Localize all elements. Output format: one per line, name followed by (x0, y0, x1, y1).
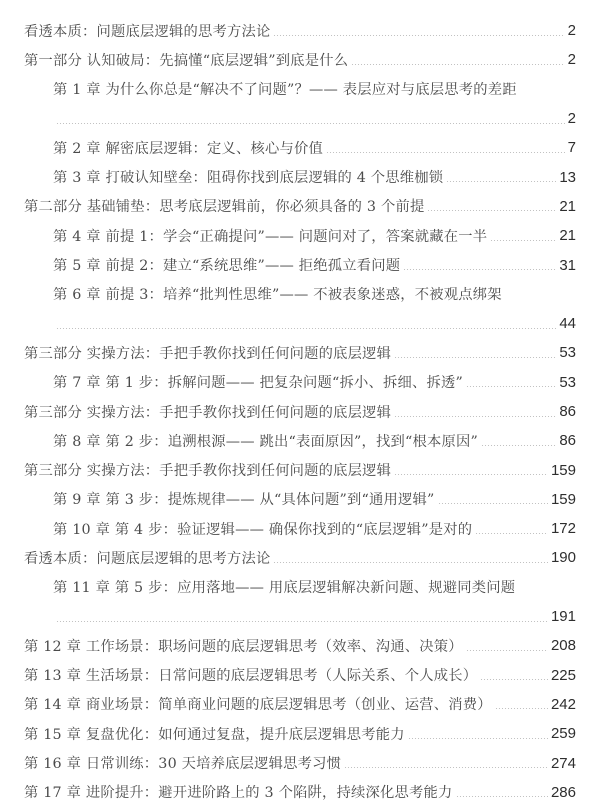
dot-leader (466, 650, 548, 651)
dot-leader (456, 796, 548, 797)
toc-entry-page: 21 (559, 227, 576, 244)
toc-entry-page: 191 (551, 608, 576, 625)
toc-entry[interactable]: 第二部分 基础铺垫：思考底层逻辑前，你必须具备的 3 个前提21 (0, 192, 603, 221)
toc-entry[interactable]: 第 15 章 复盘优化：如何通过复盘，提升底层逻辑思考能力259 (0, 719, 603, 748)
toc-entry-page: 31 (559, 257, 576, 274)
toc-entry-title: 第 11 章 第 5 步：应用落地—— 用底层逻辑解决新问题、规避同类问题 (53, 577, 515, 597)
toc-entry-title: 第 2 章 解密底层逻辑：定义、核心与价值 (53, 138, 323, 158)
toc-entry-page: 2 (568, 22, 576, 39)
toc-entry-page: 2 (568, 51, 576, 68)
toc-entry-page: 190 (551, 549, 576, 566)
toc-entry[interactable]: 第一部分 认知破局：先搞懂“底层逻辑”到底是什么2 (0, 45, 603, 74)
toc-entry-page: 7 (568, 139, 576, 156)
toc-entry[interactable]: 第三部分 实操方法：手把手教你找到任何问题的底层逻辑159 (0, 455, 603, 484)
toc-entry-title: 第 14 章 商业场景：简单商业问题的底层逻辑思考（创业、运营、消费） (24, 694, 492, 714)
toc-entry-title: 第三部分 实操方法：手把手教你找到任何问题的底层逻辑 (24, 343, 391, 363)
dot-leader (475, 533, 548, 534)
toc-entry-title: 第二部分 基础铺垫：思考底层逻辑前，你必须具备的 3 个前提 (24, 196, 424, 216)
toc-entry-title: 第一部分 认知破局：先搞懂“底层逻辑”到底是什么 (24, 50, 348, 70)
toc-entry-page: 274 (551, 755, 576, 772)
toc-entry-continuation[interactable]: 191 (0, 602, 603, 631)
toc-entry-title: 第 12 章 工作场景：职场问题的底层逻辑思考（效率、沟通、决策） (24, 636, 463, 656)
toc-entry-title: 看透本质：问题底层逻辑的思考方法论 (24, 548, 270, 568)
toc-entry[interactable]: 第 4 章 前提 1：学会“正确提问”—— 问题问对了，答案就藏在一半21 (0, 221, 603, 250)
toc-entry-page: 53 (559, 344, 576, 361)
toc-entry-title: 第 15 章 复盘优化：如何通过复盘，提升底层逻辑思考能力 (24, 724, 405, 744)
dot-leader (351, 64, 564, 65)
toc-entry-title: 第 7 章 第 1 步：拆解问题—— 把复杂问题“拆小、拆细、拆透” (53, 372, 463, 392)
table-of-contents: 看透本质：问题底层逻辑的思考方法论2 第一部分 认知破局：先搞懂“底层逻辑”到底… (0, 16, 603, 807)
toc-entry-title: 看透本质：问题底层逻辑的思考方法论 (24, 21, 270, 41)
toc-entry-title: 第 8 章 第 2 步：追溯根源—— 跳出“表面原因”，找到“根本原因” (53, 431, 478, 451)
toc-entry[interactable]: 第 12 章 工作场景：职场问题的底层逻辑思考（效率、沟通、决策）208 (0, 631, 603, 660)
toc-entry[interactable]: 第 8 章 第 2 步：追溯根源—— 跳出“表面原因”，找到“根本原因”86 (0, 426, 603, 455)
toc-entry[interactable]: 看透本质：问题底层逻辑的思考方法论190 (0, 543, 603, 572)
dot-leader (481, 445, 556, 446)
toc-entry[interactable]: 看透本质：问题底层逻辑的思考方法论2 (0, 16, 603, 45)
toc-entry-title: 第 17 章 进阶提升：避开进阶路上的 3 个陷阱，持续深化思考能力 (24, 782, 453, 802)
dot-leader (408, 738, 548, 739)
toc-entry-page: 86 (559, 403, 576, 420)
dot-leader (466, 386, 556, 387)
dot-leader (394, 474, 548, 475)
dot-leader (56, 328, 556, 329)
toc-entry[interactable]: 第 7 章 第 1 步：拆解问题—— 把复杂问题“拆小、拆细、拆透”53 (0, 368, 603, 397)
dot-leader (326, 152, 565, 153)
toc-entry-page: 225 (551, 667, 576, 684)
dot-leader (56, 621, 548, 622)
toc-entry-title: 第 10 章 第 4 步：验证逻辑—— 确保你找到的“底层逻辑”是对的 (53, 519, 472, 539)
dot-leader (56, 123, 565, 124)
toc-entry[interactable]: 第 2 章 解密底层逻辑：定义、核心与价值7 (0, 133, 603, 162)
toc-entry-title: 第 16 章 日常训练：30 天培养底层逻辑思考习惯 (24, 753, 341, 773)
toc-entry-page: 172 (551, 520, 576, 537)
toc-entry-page: 21 (559, 198, 576, 215)
toc-entry[interactable]: 第三部分 实操方法：手把手教你找到任何问题的底层逻辑53 (0, 338, 603, 367)
toc-entry[interactable]: 第 5 章 前提 2：建立“系统思维”—— 拒绝孤立看问题31 (0, 250, 603, 279)
toc-entry-page: 208 (551, 637, 576, 654)
dot-leader (273, 35, 564, 36)
toc-entry-page: 242 (551, 696, 576, 713)
toc-entry-title: 第 3 章 打破认知壁垒：阻碍你找到底层逻辑的 4 个思维枷锁 (53, 167, 443, 187)
toc-entry-title: 第 6 章 前提 3：培养“批判性思维”—— 不被表象迷惑，不被观点绑架 (53, 284, 502, 304)
dot-leader (427, 210, 556, 211)
toc-entry-title: 第 5 章 前提 2：建立“系统思维”—— 拒绝孤立看问题 (53, 255, 400, 275)
toc-entry[interactable]: 第 13 章 生活场景：日常问题的底层逻辑思考（人际关系、个人成长）225 (0, 661, 603, 690)
toc-entry[interactable]: 第 6 章 前提 3：培养“批判性思维”—— 不被表象迷惑，不被观点绑架 (0, 280, 603, 309)
dot-leader (480, 679, 548, 680)
toc-entry-continuation[interactable]: 44 (0, 309, 603, 338)
toc-entry-title: 第 4 章 前提 1：学会“正确提问”—— 问题问对了，答案就藏在一半 (53, 226, 487, 246)
toc-entry-page: 13 (559, 169, 576, 186)
dot-leader (490, 240, 556, 241)
toc-entry-title: 第 1 章 为什么你总是“解决不了问题”？—— 表层应对与底层思考的差距 (53, 79, 517, 99)
toc-entry-title: 第三部分 实操方法：手把手教你找到任何问题的底层逻辑 (24, 402, 391, 422)
dot-leader (446, 181, 556, 182)
toc-entry-page: 159 (551, 491, 576, 508)
toc-entry[interactable]: 第 14 章 商业场景：简单商业问题的底层逻辑思考（创业、运营、消费）242 (0, 690, 603, 719)
toc-entry-page: 159 (551, 462, 576, 479)
dot-leader (438, 503, 548, 504)
dot-leader (273, 562, 548, 563)
toc-entry-page: 2 (568, 110, 576, 127)
toc-entry-title: 第 13 章 生活场景：日常问题的底层逻辑思考（人际关系、个人成长） (24, 665, 477, 685)
toc-entry-page: 86 (559, 432, 576, 449)
toc-entry-continuation[interactable]: 2 (0, 104, 603, 133)
toc-entry[interactable]: 第 1 章 为什么你总是“解决不了问题”？—— 表层应对与底层思考的差距 (0, 75, 603, 104)
toc-entry-page: 286 (551, 784, 576, 801)
toc-entry-title: 第 9 章 第 3 步：提炼规律—— 从“具体问题”到“通用逻辑” (53, 489, 435, 509)
dot-leader (394, 357, 556, 358)
toc-entry-title: 第三部分 实操方法：手把手教你找到任何问题的底层逻辑 (24, 460, 391, 480)
toc-entry-page: 259 (551, 725, 576, 742)
toc-entry-page: 44 (559, 315, 576, 332)
toc-entry[interactable]: 第 9 章 第 3 步：提炼规律—— 从“具体问题”到“通用逻辑”159 (0, 485, 603, 514)
dot-leader (495, 708, 548, 709)
toc-entry-page: 53 (559, 374, 576, 391)
toc-entry[interactable]: 第三部分 实操方法：手把手教你找到任何问题的底层逻辑86 (0, 397, 603, 426)
dot-leader (344, 767, 548, 768)
dot-leader (394, 416, 556, 417)
toc-entry[interactable]: 第 10 章 第 4 步：验证逻辑—— 确保你找到的“底层逻辑”是对的172 (0, 514, 603, 543)
toc-entry[interactable]: 第 11 章 第 5 步：应用落地—— 用底层逻辑解决新问题、规避同类问题 (0, 573, 603, 602)
toc-entry[interactable]: 第 17 章 进阶提升：避开进阶路上的 3 个陷阱，持续深化思考能力286 (0, 778, 603, 807)
toc-entry[interactable]: 第 16 章 日常训练：30 天培养底层逻辑思考习惯274 (0, 748, 603, 777)
toc-entry[interactable]: 第 3 章 打破认知壁垒：阻碍你找到底层逻辑的 4 个思维枷锁13 (0, 162, 603, 191)
dot-leader (403, 269, 556, 270)
